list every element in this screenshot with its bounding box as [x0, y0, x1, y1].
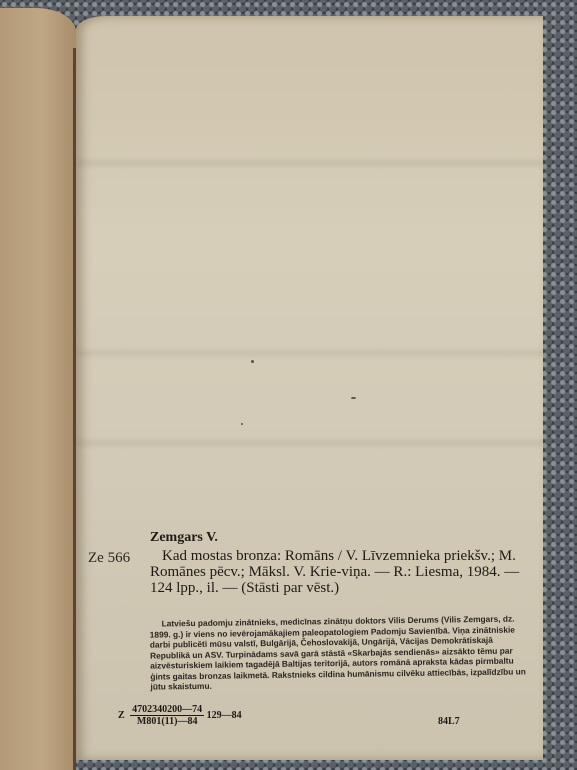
- call-number: Ze 566: [88, 550, 130, 567]
- paper-speck: [351, 397, 356, 399]
- code-denominator: M801(11)—84: [130, 716, 204, 727]
- code-suffix: 129—84: [207, 710, 242, 721]
- classification-code: Z 4702340200—74 M801(11)—84 129—84: [118, 704, 242, 727]
- code-prefix: Z: [118, 710, 125, 721]
- annotation: Latviešu padomju zinātnieks, medicīnas z…: [150, 613, 531, 692]
- paper-speck: [241, 423, 243, 425]
- code-numerator: 4702340200—74: [130, 704, 204, 716]
- left-page: [0, 8, 76, 770]
- page-ripple: [76, 156, 543, 170]
- paper-speck: [251, 360, 254, 363]
- page-ripple: [76, 436, 543, 450]
- right-page: Ze 566 Zemgars V. Kad mostas bronza: Rom…: [76, 16, 543, 760]
- order-number: 84L7: [438, 716, 460, 727]
- author-heading: Zemgars V.: [150, 530, 218, 546]
- page-ripple: [76, 346, 543, 360]
- code-fraction: 4702340200—74 M801(11)—84: [130, 704, 204, 727]
- bibliographic-entry: Kad mostas bronza: Romāns / V. Līvzemnie…: [150, 548, 530, 596]
